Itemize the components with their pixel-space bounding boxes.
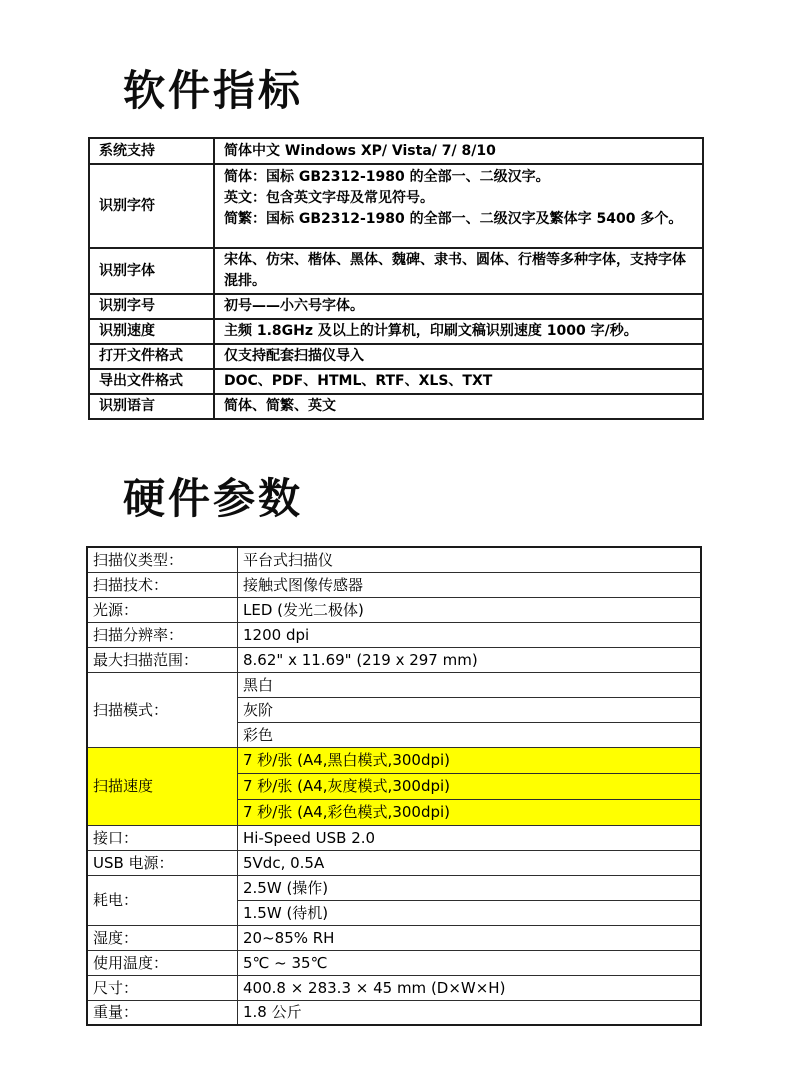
spec-row-humidity: 湿度： 20~85% RH xyxy=(87,925,701,950)
spec-row-max-scan-area: 最大扫描范围： 8.62" x 11.69" (219 x 297 mm) xyxy=(87,647,701,672)
spec-row-scanner-type: 扫描仪类型： 平台式扫描仪 xyxy=(87,547,701,572)
spec-value: 灰阶 xyxy=(238,697,702,722)
spec-value: 20~85% RH xyxy=(238,925,702,950)
spec-label: 耗电： xyxy=(87,875,238,925)
spec-row-languages: 识别语言 简体、简繁、英文 xyxy=(89,394,703,419)
spec-row-interface: 接口： Hi-Speed USB 2.0 xyxy=(87,825,701,850)
spec-value: 1.5W (待机) xyxy=(238,900,702,925)
hardware-section-title: 硬件参数 xyxy=(123,478,303,520)
spec-label: 光源： xyxy=(87,597,238,622)
spec-label: 重量： xyxy=(87,1000,238,1025)
spec-label: 识别字号 xyxy=(89,294,214,319)
spec-value: 仅支持配套扫描仪导入 xyxy=(214,344,703,369)
spec-label: 尺寸： xyxy=(87,975,238,1000)
spec-value-line: 简繁：国标 GB2312-1980 的全部一、二级汉字及繁体字 5400 多个。 xyxy=(224,209,696,230)
spec-value: 2.5W (操作) xyxy=(238,875,702,900)
spec-label: 扫描模式： xyxy=(87,672,238,747)
spec-value: DOC、PDF、HTML、RTF、XLS、TXT xyxy=(214,369,703,394)
spec-row-system-support: 系统支持 简体中文 Windows XP/ Vista/ 7/ 8/10 xyxy=(89,138,703,164)
spec-value-line: 英文：包含英文字母及常见符号。 xyxy=(224,188,696,209)
spec-value: 8.62" x 11.69" (219 x 297 mm) xyxy=(238,647,702,672)
spec-value: 黑白 xyxy=(238,672,702,697)
spec-row-dimensions: 尺寸： 400.8 × 283.3 × 45 mm (D×W×H) xyxy=(87,975,701,1000)
spec-value: 平台式扫描仪 xyxy=(238,547,702,572)
software-spec-table: 系统支持 简体中文 Windows XP/ Vista/ 7/ 8/10 识别字… xyxy=(88,137,704,420)
spec-row-export-formats: 导出文件格式 DOC、PDF、HTML、RTF、XLS、TXT xyxy=(89,369,703,394)
spec-label: 使用温度： xyxy=(87,950,238,975)
spec-value: 主频 1.8GHz 及以上的计算机，印刷文稿识别速度 1000 字/秒。 xyxy=(214,319,703,344)
spec-label: 湿度： xyxy=(87,925,238,950)
spec-value: 7 秒/张 (A4,黑白模式,300dpi) xyxy=(238,747,702,773)
spec-row-power-consumption: 耗电： 2.5W (操作) xyxy=(87,875,701,900)
spec-value: 宋体、仿宋、楷体、黑体、魏碑、隶书、圆体、行楷等多种字体，支持字体混排。 xyxy=(214,248,703,294)
spec-value: 初号——小六号字体。 xyxy=(214,294,703,319)
spec-label: 打开文件格式 xyxy=(89,344,214,369)
spec-label: 接口： xyxy=(87,825,238,850)
spec-row-font-sizes: 识别字号 初号——小六号字体。 xyxy=(89,294,703,319)
spec-row-scan-mode: 扫描模式： 黑白 xyxy=(87,672,701,697)
spec-value: 简体中文 Windows XP/ Vista/ 7/ 8/10 xyxy=(214,138,703,164)
software-section-title: 软件指标 xyxy=(123,70,303,112)
spec-label: 最大扫描范围： xyxy=(87,647,238,672)
spec-row-open-formats: 打开文件格式 仅支持配套扫描仪导入 xyxy=(89,344,703,369)
spec-label: 扫描分辨率： xyxy=(87,622,238,647)
spec-row-scan-technology: 扫描技术： 接触式图像传感器 xyxy=(87,572,701,597)
spec-value-line: 简体：国标 GB2312-1980 的全部一、二级汉字。 xyxy=(224,167,696,188)
hardware-spec-table: 扫描仪类型： 平台式扫描仪 扫描技术： 接触式图像传感器 光源： LED (发光… xyxy=(86,546,702,1026)
spec-row-usb-power: USB 电源： 5Vdc, 0.5A xyxy=(87,850,701,875)
spec-label: USB 电源： xyxy=(87,850,238,875)
spec-value: Hi-Speed USB 2.0 xyxy=(238,825,702,850)
spec-row-operating-temperature: 使用温度： 5℃ ~ 35℃ xyxy=(87,950,701,975)
spec-label: 扫描仪类型： xyxy=(87,547,238,572)
spec-label: 识别速度 xyxy=(89,319,214,344)
spec-value: 1.8 公斤 xyxy=(238,1000,702,1025)
spec-row-scan-speed: 扫描速度 7 秒/张 (A4,黑白模式,300dpi) xyxy=(87,747,701,773)
spec-label: 扫描技术： xyxy=(87,572,238,597)
spec-row-recognized-characters: 识别字符 简体：国标 GB2312-1980 的全部一、二级汉字。 英文：包含英… xyxy=(89,164,703,248)
spec-label: 导出文件格式 xyxy=(89,369,214,394)
spec-row-recognized-fonts: 识别字体 宋体、仿宋、楷体、黑体、魏碑、隶书、圆体、行楷等多种字体，支持字体混排… xyxy=(89,248,703,294)
spec-value: 400.8 × 283.3 × 45 mm (D×W×H) xyxy=(238,975,702,1000)
spec-value: LED (发光二极体) xyxy=(238,597,702,622)
spec-value: 简体、简繁、英文 xyxy=(214,394,703,419)
spec-row-weight: 重量： 1.8 公斤 xyxy=(87,1000,701,1025)
spec-value: 7 秒/张 (A4,彩色模式,300dpi) xyxy=(238,799,702,825)
spec-value: 5Vdc, 0.5A xyxy=(238,850,702,875)
spec-value: 5℃ ~ 35℃ xyxy=(238,950,702,975)
spec-label: 系统支持 xyxy=(89,138,214,164)
spec-row-recognition-speed: 识别速度 主频 1.8GHz 及以上的计算机，印刷文稿识别速度 1000 字/秒… xyxy=(89,319,703,344)
spec-value: 简体：国标 GB2312-1980 的全部一、二级汉字。 英文：包含英文字母及常… xyxy=(214,164,703,248)
spec-row-resolution: 扫描分辨率： 1200 dpi xyxy=(87,622,701,647)
spec-value: 7 秒/张 (A4,灰度模式,300dpi) xyxy=(238,773,702,799)
spec-value: 接触式图像传感器 xyxy=(238,572,702,597)
spec-label: 识别字符 xyxy=(89,164,214,248)
spec-label: 识别语言 xyxy=(89,394,214,419)
spec-value: 1200 dpi xyxy=(238,622,702,647)
spec-label: 识别字体 xyxy=(89,248,214,294)
spec-label: 扫描速度 xyxy=(87,747,238,825)
spec-row-light-source: 光源： LED (发光二极体) xyxy=(87,597,701,622)
spec-value: 彩色 xyxy=(238,722,702,747)
